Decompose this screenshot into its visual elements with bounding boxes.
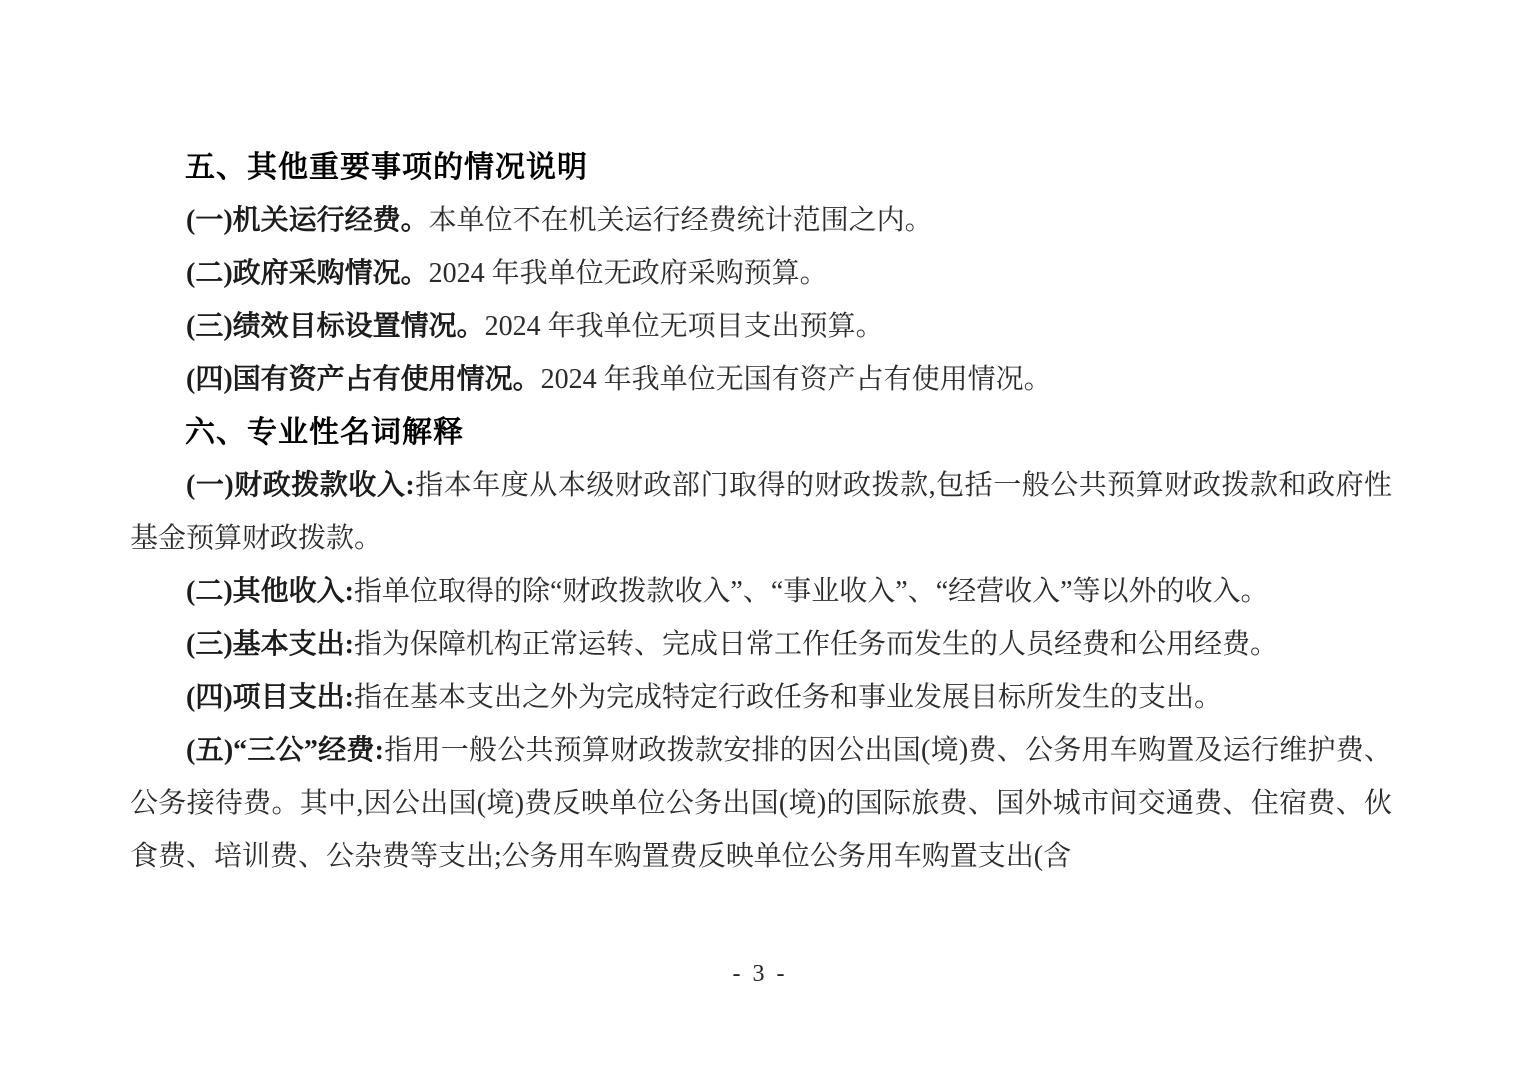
item-project-expenditure: (四)项目支出:指在基本支出之外为完成特定行政任务和事业发展目标所发生的支出。 (130, 671, 1392, 724)
term-definition: 指在基本支出之外为完成特定行政任务和事业发展目标所发生的支出。 (354, 682, 1222, 713)
item-agency-operating-funds: (一)机关运行经费。本单位不在机关运行经费统计范围之内。 (130, 194, 1392, 247)
document-content: 五、其他重要事项的情况说明 (一)机关运行经费。本单位不在机关运行经费统计范围之… (130, 141, 1392, 883)
section-heading-terminology: 六、专业性名词解释 (130, 406, 1392, 459)
term-label: (四)国有资产占有使用情况。 (186, 364, 541, 395)
section-heading-other-important-matters: 五、其他重要事项的情况说明 (130, 141, 1392, 194)
item-three-public-funds: (五)“三公”经费:指用一般公共预算财政拨款安排的因公出国(境)费、公务用车购置… (130, 724, 1392, 883)
document-page: 五、其他重要事项的情况说明 (一)机关运行经费。本单位不在机关运行经费统计范围之… (0, 0, 1520, 1074)
term-label: (一)机关运行经费。 (186, 205, 429, 236)
item-state-owned-assets: (四)国有资产占有使用情况。2024 年我单位无国有资产占有使用情况。 (130, 353, 1392, 406)
item-basic-expenditure: (三)基本支出:指为保障机构正常运转、完成日常工作任务而发生的人员经费和公用经费… (130, 618, 1392, 671)
term-label: (一)财政拨款收入: (186, 470, 415, 501)
page-number: - 3 - (0, 961, 1520, 988)
term-definition: 2024 年我单位无国有资产占有使用情况。 (541, 364, 1052, 395)
term-label: (三)绩效目标设置情况。 (186, 311, 485, 342)
term-definition: 指单位取得的除“财政拨款收入”、“事业收入”、“经营收入”等以外的收入。 (354, 576, 1269, 607)
item-performance-targets: (三)绩效目标设置情况。2024 年我单位无项目支出预算。 (130, 300, 1392, 353)
term-definition: 2024 年我单位无项目支出预算。 (485, 311, 884, 342)
term-label: (三)基本支出: (186, 629, 354, 660)
term-definition: 2024 年我单位无政府采购预算。 (429, 258, 828, 289)
term-definition: 指为保障机构正常运转、完成日常工作任务而发生的人员经费和公用经费。 (354, 629, 1278, 660)
term-label: (五)“三公”经费: (186, 735, 384, 766)
term-label: (二)其他收入: (186, 576, 354, 607)
term-label: (二)政府采购情况。 (186, 258, 429, 289)
item-government-procurement: (二)政府采购情况。2024 年我单位无政府采购预算。 (130, 247, 1392, 300)
term-label: (四)项目支出: (186, 682, 354, 713)
item-other-income: (二)其他收入:指单位取得的除“财政拨款收入”、“事业收入”、“经营收入”等以外… (130, 565, 1392, 618)
term-definition: 本单位不在机关运行经费统计范围之内。 (429, 205, 933, 236)
item-fiscal-appropriation-income: (一)财政拨款收入:指本年度从本级财政部门取得的财政拨款,包括一般公共预算财政拨… (130, 459, 1392, 565)
